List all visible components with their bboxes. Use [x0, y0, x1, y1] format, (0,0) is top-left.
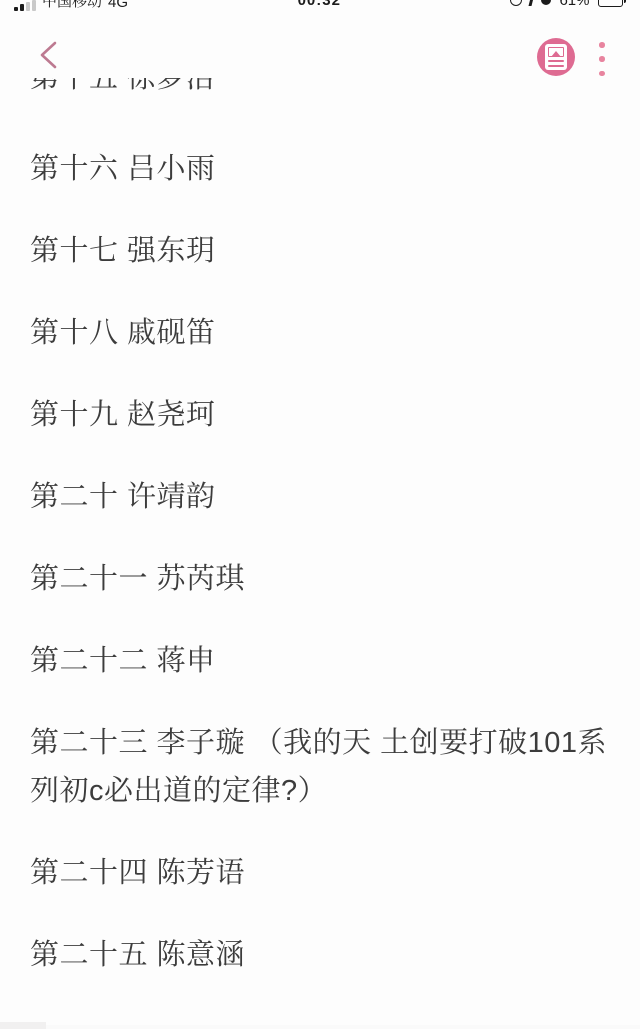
- rank-entry: 第二十二 蒋申: [30, 637, 608, 685]
- rank-entry: 第十七 强东玥: [30, 227, 608, 275]
- app-screen: 中国移动 4G 00:32 61%: [0, 0, 640, 1029]
- alarm-clock-icon: [510, 0, 522, 6]
- rank-entry: 第二十四 陈芳语: [30, 849, 608, 897]
- battery-percent: 61%: [559, 0, 589, 9]
- carrier-label: 中国移动: [42, 0, 102, 11]
- signal-icon: [14, 0, 36, 11]
- moon-icon: [541, 0, 551, 5]
- nav-bar: [0, 13, 640, 78]
- rank-entry: 第二十五 陈意涵: [30, 931, 608, 979]
- back-button[interactable]: [36, 39, 62, 71]
- battery-icon: [598, 0, 627, 7]
- status-bar: 中国移动 4G 00:32 61%: [0, 0, 640, 13]
- gallery-view-button[interactable]: [537, 38, 575, 76]
- article-image-icon: [545, 44, 567, 70]
- rank-entry: 第二十 许靖韵: [30, 473, 608, 521]
- rank-entry: 第十六 吕小雨: [30, 145, 608, 193]
- kebab-dot: [599, 71, 605, 77]
- rank-entry: 第十九 赵尧珂: [30, 391, 608, 439]
- bottom-left-artifact: [0, 1022, 46, 1029]
- more-menu-button[interactable]: [597, 42, 607, 76]
- rank-entry: 第二十三 李子璇 （我的天 土创要打破101系列初c必出道的定律?）: [30, 719, 608, 815]
- kebab-dot: [599, 56, 605, 62]
- chevron-left-icon: [36, 39, 62, 71]
- bottom-edge: [0, 1025, 640, 1029]
- article-content[interactable]: 第十五 徐梦洁 第十六 吕小雨 第十七 强东玥 第十八 戚砚笛 第十九 赵尧珂 …: [30, 78, 608, 979]
- flash-icon: [529, 0, 535, 6]
- clipped-row: 第十五 徐梦洁: [30, 78, 608, 102]
- rank-entry: 第十五 徐梦洁: [30, 78, 608, 102]
- kebab-dot: [599, 42, 605, 48]
- rank-entry: 第二十一 苏芮琪: [30, 555, 608, 603]
- network-label: 4G: [108, 0, 128, 11]
- rank-entry: 第十八 戚砚笛: [30, 309, 608, 357]
- clock-time: 00:32: [128, 0, 510, 9]
